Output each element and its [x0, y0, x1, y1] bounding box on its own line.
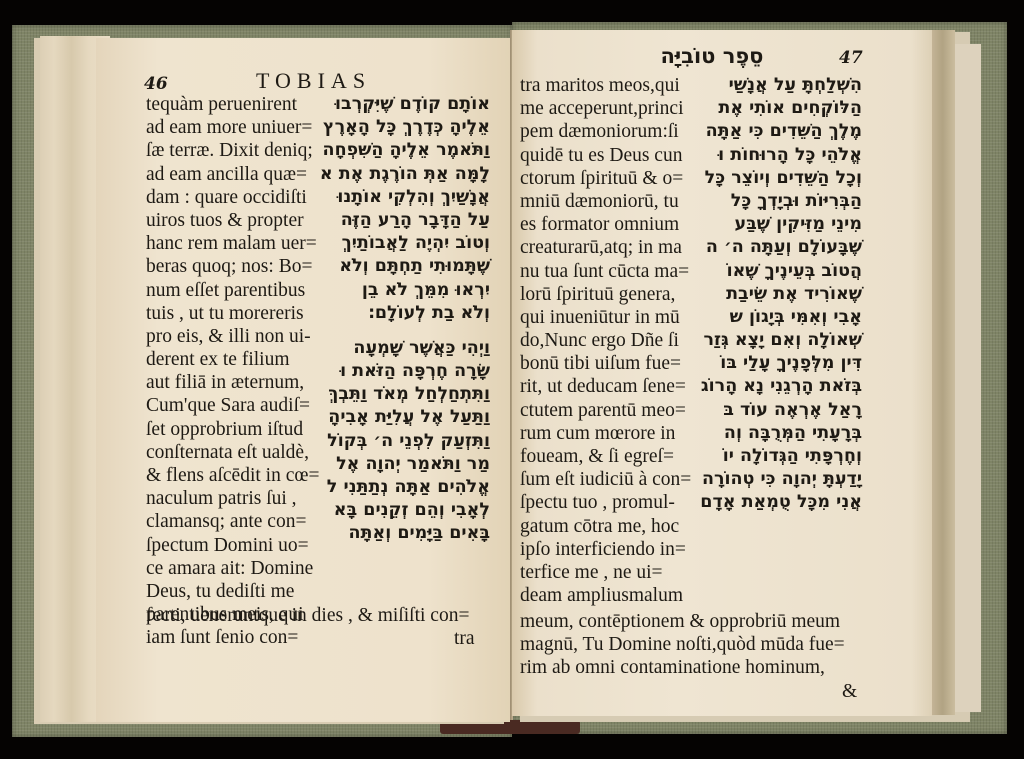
latin-column: tra maritos meos,qui me acceperunt,princ… [520, 74, 691, 607]
latin-line: rit, ut deducam ſene= [520, 375, 691, 398]
hebrew-line: בְּזֹאת הָרְגֵנִי נָא הָרוֹג [690, 375, 862, 398]
hebrew-line-blank [318, 325, 490, 337]
latin-line: & flens aſcēdit in cœ= [146, 464, 319, 487]
latin-line: do,Nunc ergo Dñe ſi [520, 329, 691, 352]
hebrew-line: שֶׁבָּעוֹלָם וְעַתָּה ה׳ ה [690, 236, 862, 259]
hebrew-line: אוֹתָם קוֹדֶם שֶׁיִּקְרְבוּ [318, 93, 490, 116]
hebrew-line: וַתִּזְעַק לִפְנֵי ה׳ בְּקוֹל [318, 430, 490, 453]
latin-line: tuis , ut tu morereris [146, 302, 319, 325]
latin-line: bonū tibi uiſum fue= [520, 352, 691, 375]
latin-line: ſum eſt iudiciū à con= [520, 468, 691, 491]
latin-line: terfice me , ne ui= [520, 561, 691, 584]
latin-line: ad eam ancilla quæ= [146, 163, 319, 186]
latin-line: uiros tuos & propter [146, 209, 319, 232]
hebrew-line: אֲנָשַׁיִךְ וְהִלְקִי אוֹתָנוּ [318, 186, 490, 209]
latin-line: hanc rem malam uer= [146, 232, 319, 255]
latin-line: rum cum mœrore in [520, 422, 691, 445]
hebrew-line: דִּין מִלְּפָנֶיךָ עָלַי בּוֹ [690, 352, 862, 375]
hebrew-line: הַבְּרִיּוֹת וּבְיָדְךָ כָּל [690, 190, 862, 213]
hebrew-line: וַתִּתְחַלְחַל מְאֹד וַתֵּבְךְּ [318, 383, 490, 406]
hebrew-line: שָׂרָה חֶרְפָּה הַזֹּאת וּ [318, 360, 490, 383]
latin-line: conſternata eſt ualdè, [146, 441, 319, 464]
bottom-line: fecti, ueneruntque in dies , & miſiſti c… [146, 604, 469, 627]
latin-column: tequàm peruenirent ad eam more uniuer= ſ… [146, 93, 319, 650]
hebrew-line: אֲנִי מִכָּל טֻמְאַת אָדָם [690, 491, 862, 514]
latin-line: Deus, tu dediſti me [146, 580, 319, 603]
latin-line: mniū dæmoniorū, tu [520, 190, 691, 213]
hebrew-line: שְׁאוֹלָה וְאִם יָצָא גְּזַר [690, 329, 862, 352]
latin-line: ſpectu tuo , promul- [520, 491, 691, 514]
left-page: 46 TOBIAS tequàm peruenirent ad eam more… [96, 38, 510, 722]
latin-line: naculum patris ſui , [146, 487, 319, 510]
latin-line: ipſo interficiendo in= [520, 538, 691, 561]
latin-line: clamansq; ante con= [146, 510, 319, 533]
hebrew-line: וְחֶרְפָּתִי הַגְּדוֹלָה יוֹ [690, 445, 862, 468]
latin-line: nu tua ſunt cūcta ma= [520, 260, 691, 283]
latin-line: quidē tu es Deus cun [520, 144, 691, 167]
bottom-lines: meum, contēptionem & opprobriū meum magn… [520, 610, 845, 680]
hebrew-line: שֶׁתָּמוּתִי תַחְתָּם וְלֹא [318, 255, 490, 278]
hebrew-line: אֵלֶיהָ כְּדֶרֶךְ כָּל הָאָרֶץ [318, 116, 490, 139]
latin-line: creaturarū,atq; in ma [520, 236, 691, 259]
latin-line: qui inueniūtur in mū [520, 306, 691, 329]
bottom-line: magnū, Tu Domine noſti,quòd mūda fue= [520, 633, 845, 656]
latin-line: deam ampliusmalum [520, 584, 691, 607]
latin-line: tequàm peruenirent [146, 93, 319, 116]
hebrew-line: יִרְאוּ מִמֵּךְ לֹא בֵן [318, 279, 490, 302]
hebrew-line: הַלּוֹקְחִים אוֹתִי אֶת [690, 97, 862, 120]
latin-line: num eſſet parentibus [146, 279, 319, 302]
catchword: & [842, 680, 857, 703]
hebrew-line: שֶׁאוֹרִיד אֶת שֵׂיבַת [690, 283, 862, 306]
hebrew-line: לָמָּה אַתְּ הוֹרֶגֶת אֶת א [318, 163, 490, 186]
page-number: 46 [144, 74, 168, 94]
hebrew-line: בָּאִים בַּיָּמִים וְאַתָּה [318, 522, 490, 545]
hebrew-line: בְּרָעָתִי הַמְּרֻבָּה וְה [690, 422, 862, 445]
hebrew-line: אֱלֹהִים אַתָּה נְתַתַּנִי ל [318, 476, 490, 499]
latin-line: dam : quare occidiſti [146, 186, 319, 209]
hebrew-line: עַל הַדָּבָר הָרַע הַזֶּה [318, 209, 490, 232]
latin-line: beras quoq; nos: Bo= [146, 255, 319, 278]
hebrew-line: מַר וַתֹּאמַר יְהוָה אֶל [318, 453, 490, 476]
hebrew-line: אָבִי וְאִמִּי בְּיָגוֹן ש [690, 306, 862, 329]
latin-line: pro eis, & illi non ui- [146, 325, 319, 348]
latin-line: ce amara ait: Domine [146, 557, 319, 580]
hebrew-line: וְלֹא בַת לְעוֹלָם׃ [318, 302, 490, 325]
latin-line: ctorum ſpirituū & o= [520, 167, 691, 190]
hebrew-line: וְכָל הַשֵּׁדִים וְיוֹצֵר כָּל [690, 167, 862, 190]
bottom-line: meum, contēptionem & opprobriū meum [520, 610, 845, 633]
page-number: 47 [839, 48, 863, 68]
hebrew-line: הֲטוֹב בְּעֵינֶיךָ שֶׁאוֹ [690, 260, 862, 283]
hebrew-line: מִינֵי מַזִּיקִין שֶׁבַּע [690, 213, 862, 236]
latin-line: tra maritos meos,qui [520, 74, 691, 97]
latin-line: ſet opprobrium iſtud [146, 418, 319, 441]
hebrew-line: לְאָבִי וְהֵם זְקֵנִים בָּא [318, 499, 490, 522]
latin-line: ad eam more uniuer= [146, 116, 319, 139]
hebrew-line: וַתַּעַל אֶל עֲלִיַּת אָבִיהָ [318, 406, 490, 429]
latin-line: foueam, & ſi egreſ= [520, 445, 691, 468]
hebrew-line: וַתֹּאמֶר אֵלֶיהָ הַשִּׁפְחָה [318, 139, 490, 162]
bottom-line: rim ab omni contaminatione hominum, [520, 656, 845, 679]
latin-line: derent ex te filium [146, 348, 319, 371]
running-head: TOBIAS [256, 68, 371, 94]
page-block-edge-right [930, 30, 955, 715]
hebrew-line: רָאַל אֶרְאֶה עוֹד בּ [690, 399, 862, 422]
latin-line: Cum'que Sara audiſ= [146, 394, 319, 417]
hebrew-column: הִשְׁלַחְתָּ עַל אֲנָשַׁי הַלּוֹקְחִים א… [690, 74, 862, 515]
hebrew-column: אוֹתָם קוֹדֶם שֶׁיִּקְרְבוּ אֵלֶיהָ כְּד… [318, 93, 490, 546]
hebrew-line: וַיְהִי כַּאֲשֶׁר שָׁמְעָה [318, 337, 490, 360]
latin-line: es formator omnium [520, 213, 691, 236]
latin-line: pem dæmoniorum:ſi [520, 120, 691, 143]
hebrew-line: וְטוֹב יִהְיֶה לַאֲבוֹתַיִךְ [318, 232, 490, 255]
running-head-hebrew: סֵפֶר טוֹבִיָּה [622, 44, 802, 68]
hebrew-line: מֶלֶךְ הַשֵּׁדִים כִּי אַתָּה [690, 120, 862, 143]
latin-line: lorū ſpirituū genera, [520, 283, 691, 306]
hebrew-line: הִשְׁלַחְתָּ עַל אֲנָשַׁי [690, 74, 862, 97]
latin-line: ſpectum Domini uo= [146, 534, 319, 557]
latin-line: ctutem parentū meo= [520, 399, 691, 422]
latin-line: aut filiā in æternum, [146, 371, 319, 394]
latin-line: iam ſunt ſenio con= [146, 626, 319, 649]
latin-line: me acceperunt,princi [520, 97, 691, 120]
latin-line: gatum cōtra me, hoc [520, 515, 691, 538]
hebrew-line: אֱלֹהֵי כָּל הָרוּחוֹת וּ [690, 144, 862, 167]
hebrew-line: יָדַעְתָּ יְהוָה כִּי טְהוֹרָה [690, 468, 862, 491]
catchword: tra [454, 627, 475, 650]
latin-line: ſæ terræ. Dixit deniq; [146, 139, 319, 162]
right-page: סֵפֶר טוֹבִיָּה 47 tra maritos meos,qui … [512, 30, 932, 716]
